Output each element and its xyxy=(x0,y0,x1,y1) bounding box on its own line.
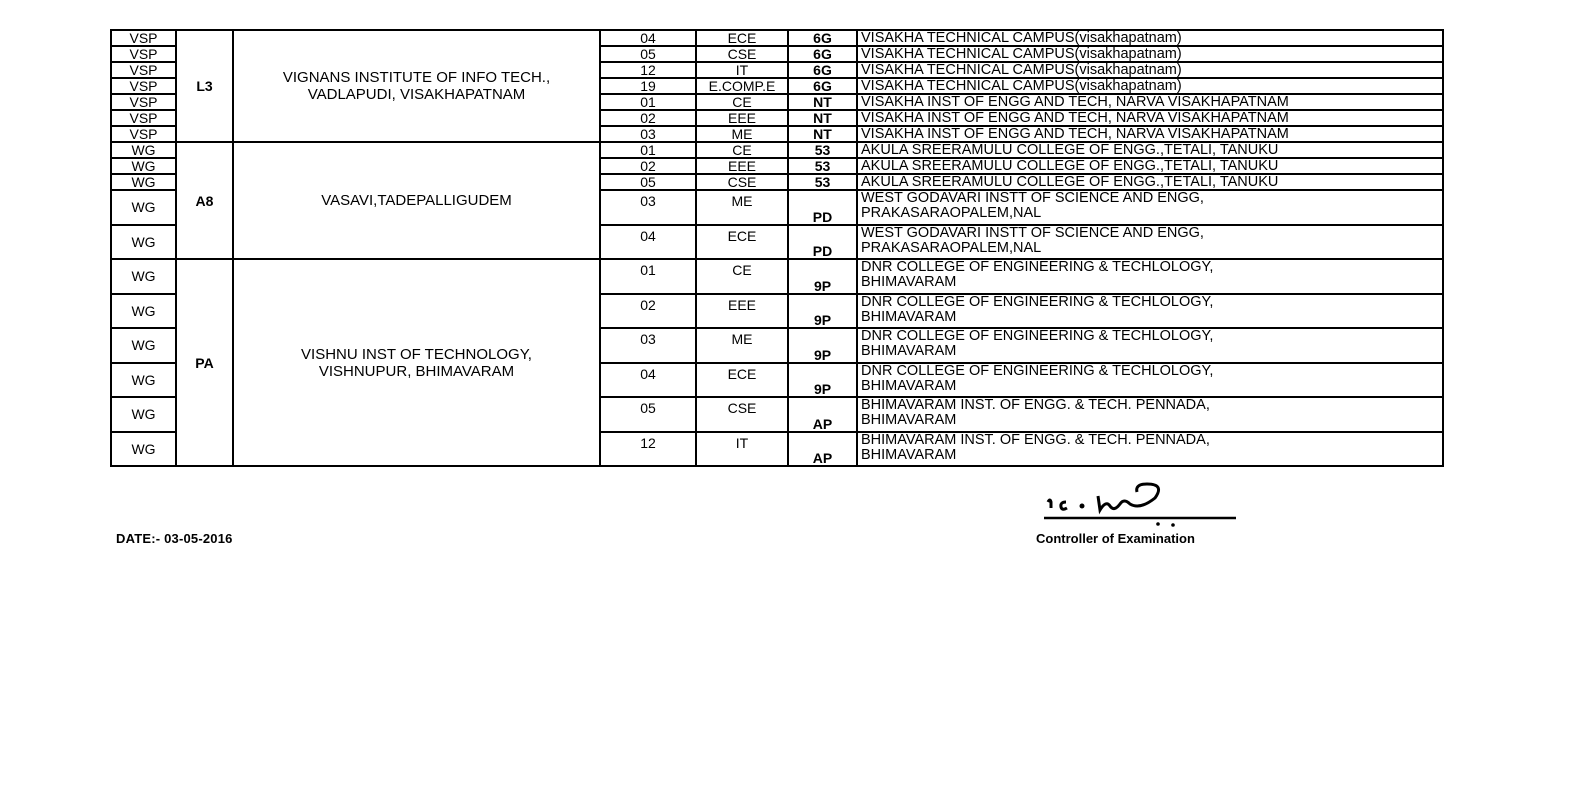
district-cell: VSP xyxy=(111,62,176,78)
college-code-cell: 6G xyxy=(788,62,857,78)
college-code-cell: 9P xyxy=(788,259,857,294)
district-cell: WG xyxy=(111,225,176,260)
college-code-cell: 9P xyxy=(788,363,857,398)
course-code-cell: 03 xyxy=(600,190,696,225)
course-code-cell: 04 xyxy=(600,363,696,398)
college-name-cell: VISAKHA INST OF ENGG AND TECH, NARVA VIS… xyxy=(857,126,1443,142)
institution-code-cell: A8 xyxy=(176,142,233,259)
college-name-line: VISAKHA TECHNICAL CAMPUS(visakhapatnam) xyxy=(861,63,1442,77)
course-code-cell: 04 xyxy=(600,30,696,46)
college-code-cell: NT xyxy=(788,126,857,142)
college-code-cell: 53 xyxy=(788,158,857,174)
signature-image xyxy=(1036,480,1266,530)
college-name-line: VISAKHA TECHNICAL CAMPUS(visakhapatnam) xyxy=(861,31,1442,45)
district-cell: WG xyxy=(111,158,176,174)
institution-name-line: VISHNU INST OF TECHNOLOGY, xyxy=(234,346,599,363)
branch-cell: CE xyxy=(696,142,788,158)
college-code-cell: 9P xyxy=(788,328,857,363)
college-name-cell: DNR COLLEGE OF ENGINEERING & TECHLOLOGY,… xyxy=(857,328,1443,363)
branch-cell: EEE xyxy=(696,110,788,126)
course-code-cell: 02 xyxy=(600,110,696,126)
institution-name-cell: VIGNANS INSTITUTE OF INFO TECH.,VADLAPUD… xyxy=(233,30,600,142)
branch-cell: CE xyxy=(696,259,788,294)
branch-cell: ME xyxy=(696,126,788,142)
branch-cell: CSE xyxy=(696,46,788,62)
course-code-cell: 01 xyxy=(600,142,696,158)
college-name-cell: VISAKHA INST OF ENGG AND TECH, NARVA VIS… xyxy=(857,94,1443,110)
district-cell: VSP xyxy=(111,94,176,110)
college-code-cell: PD xyxy=(788,190,857,225)
college-name-line: VISAKHA INST OF ENGG AND TECH, NARVA VIS… xyxy=(861,111,1442,125)
college-code-cell: PD xyxy=(788,225,857,260)
district-cell: WG xyxy=(111,190,176,225)
college-code-cell: 6G xyxy=(788,30,857,46)
branch-cell: ECE xyxy=(696,225,788,260)
institution-name-line: VISHNUPUR, BHIMAVARAM xyxy=(234,363,599,380)
table-row: WGPAVISHNU INST OF TECHNOLOGY,VISHNUPUR,… xyxy=(111,259,1443,294)
college-name-line: WEST GODAVARI INSTT OF SCIENCE AND ENGG, xyxy=(861,191,1442,206)
college-name-line: BHIMAVARAM xyxy=(861,379,1442,394)
district-cell: VSP xyxy=(111,30,176,46)
institution-name-cell: VASAVI,TADEPALLIGUDEM xyxy=(233,142,600,259)
college-name-line: AKULA SREERAMULU COLLEGE OF ENGG.,TETALI… xyxy=(861,143,1442,157)
college-name-cell: VISAKHA TECHNICAL CAMPUS(visakhapatnam) xyxy=(857,46,1443,62)
course-code-cell: 02 xyxy=(600,294,696,329)
institution-code-cell: PA xyxy=(176,259,233,466)
college-name-cell: VISAKHA TECHNICAL CAMPUS(visakhapatnam) xyxy=(857,62,1443,78)
college-name-line: BHIMAVARAM xyxy=(861,344,1442,359)
college-name-line: BHIMAVARAM INST. OF ENGG. & TECH. PENNAD… xyxy=(861,433,1442,448)
college-name-line: BHIMAVARAM xyxy=(861,448,1442,463)
college-code-cell: 53 xyxy=(788,142,857,158)
course-code-cell: 02 xyxy=(600,158,696,174)
district-cell: WG xyxy=(111,174,176,190)
branch-cell: IT xyxy=(696,62,788,78)
college-name-line: PRAKASARAOPALEM,NAL xyxy=(861,206,1442,221)
course-code-cell: 05 xyxy=(600,174,696,190)
course-code-cell: 04 xyxy=(600,225,696,260)
branch-cell: ME xyxy=(696,328,788,363)
allotment-table: VSPL3VIGNANS INSTITUTE OF INFO TECH.,VAD… xyxy=(110,29,1444,467)
college-name-line: DNR COLLEGE OF ENGINEERING & TECHLOLOGY, xyxy=(861,364,1442,379)
college-name-cell: VISAKHA TECHNICAL CAMPUS(visakhapatnam) xyxy=(857,78,1443,94)
college-name-line: WEST GODAVARI INSTT OF SCIENCE AND ENGG, xyxy=(861,226,1442,241)
college-name-cell: DNR COLLEGE OF ENGINEERING & TECHLOLOGY,… xyxy=(857,363,1443,398)
branch-cell: ECE xyxy=(696,30,788,46)
branch-cell: EEE xyxy=(696,158,788,174)
college-name-line: BHIMAVARAM xyxy=(861,413,1442,428)
course-code-cell: 01 xyxy=(600,94,696,110)
college-name-line: VISAKHA TECHNICAL CAMPUS(visakhapatnam) xyxy=(861,79,1442,93)
college-code-cell: AP xyxy=(788,397,857,432)
district-cell: WG xyxy=(111,294,176,329)
college-code-cell: 6G xyxy=(788,46,857,62)
college-name-cell: BHIMAVARAM INST. OF ENGG. & TECH. PENNAD… xyxy=(857,432,1443,467)
college-code-cell: NT xyxy=(788,110,857,126)
district-cell: WG xyxy=(111,432,176,467)
college-name-cell: VISAKHA INST OF ENGG AND TECH, NARVA VIS… xyxy=(857,110,1443,126)
college-name-cell: AKULA SREERAMULU COLLEGE OF ENGG.,TETALI… xyxy=(857,142,1443,158)
institution-code-cell: L3 xyxy=(176,30,233,142)
college-name-line: VISAKHA INST OF ENGG AND TECH, NARVA VIS… xyxy=(861,95,1442,109)
college-name-cell: BHIMAVARAM INST. OF ENGG. & TECH. PENNAD… xyxy=(857,397,1443,432)
table-row: VSPL3VIGNANS INSTITUTE OF INFO TECH.,VAD… xyxy=(111,30,1443,46)
branch-cell: ME xyxy=(696,190,788,225)
district-cell: WG xyxy=(111,142,176,158)
course-code-cell: 12 xyxy=(600,62,696,78)
district-cell: WG xyxy=(111,397,176,432)
institution-name-line: VASAVI,TADEPALLIGUDEM xyxy=(234,192,599,209)
college-name-cell: DNR COLLEGE OF ENGINEERING & TECHLOLOGY,… xyxy=(857,259,1443,294)
college-code-cell: 9P xyxy=(788,294,857,329)
district-cell: WG xyxy=(111,259,176,294)
table-row: WGA8VASAVI,TADEPALLIGUDEM01CE53AKULA SRE… xyxy=(111,142,1443,158)
college-code-cell: NT xyxy=(788,94,857,110)
college-name-cell: WEST GODAVARI INSTT OF SCIENCE AND ENGG,… xyxy=(857,190,1443,225)
branch-cell: CE xyxy=(696,94,788,110)
college-name-line: AKULA SREERAMULU COLLEGE OF ENGG.,TETALI… xyxy=(861,159,1442,173)
course-code-cell: 03 xyxy=(600,328,696,363)
branch-cell: E.COMP.E xyxy=(696,78,788,94)
branch-cell: IT xyxy=(696,432,788,467)
college-name-cell: AKULA SREERAMULU COLLEGE OF ENGG.,TETALI… xyxy=(857,174,1443,190)
district-cell: VSP xyxy=(111,46,176,62)
institution-name-cell: VISHNU INST OF TECHNOLOGY,VISHNUPUR, BHI… xyxy=(233,259,600,466)
institution-name-line: VIGNANS INSTITUTE OF INFO TECH., xyxy=(234,69,599,86)
district-cell: WG xyxy=(111,363,176,398)
college-code-cell: 6G xyxy=(788,78,857,94)
branch-cell: EEE xyxy=(696,294,788,329)
course-code-cell: 05 xyxy=(600,397,696,432)
branch-cell: ECE xyxy=(696,363,788,398)
college-name-line: PRAKASARAOPALEM,NAL xyxy=(861,241,1442,256)
college-name-line: DNR COLLEGE OF ENGINEERING & TECHLOLOGY, xyxy=(861,295,1442,310)
college-name-line: DNR COLLEGE OF ENGINEERING & TECHLOLOGY, xyxy=(861,260,1442,275)
college-name-line: BHIMAVARAM xyxy=(861,310,1442,325)
college-name-line: VISAKHA INST OF ENGG AND TECH, NARVA VIS… xyxy=(861,127,1442,141)
district-cell: VSP xyxy=(111,78,176,94)
course-code-cell: 19 xyxy=(600,78,696,94)
college-name-cell: DNR COLLEGE OF ENGINEERING & TECHLOLOGY,… xyxy=(857,294,1443,329)
controller-label: Controller of Examination xyxy=(1036,531,1195,546)
college-name-line: VISAKHA TECHNICAL CAMPUS(visakhapatnam) xyxy=(861,47,1442,61)
district-cell: VSP xyxy=(111,110,176,126)
branch-cell: CSE xyxy=(696,397,788,432)
course-code-cell: 03 xyxy=(600,126,696,142)
district-cell: VSP xyxy=(111,126,176,142)
branch-cell: CSE xyxy=(696,174,788,190)
college-name-cell: WEST GODAVARI INSTT OF SCIENCE AND ENGG,… xyxy=(857,225,1443,260)
college-name-line: BHIMAVARAM xyxy=(861,275,1442,290)
college-name-line: BHIMAVARAM INST. OF ENGG. & TECH. PENNAD… xyxy=(861,398,1442,413)
course-code-cell: 12 xyxy=(600,432,696,467)
college-name-cell: VISAKHA TECHNICAL CAMPUS(visakhapatnam) xyxy=(857,30,1443,46)
college-name-line: DNR COLLEGE OF ENGINEERING & TECHLOLOGY, xyxy=(861,329,1442,344)
course-code-cell: 05 xyxy=(600,46,696,62)
college-code-cell: 53 xyxy=(788,174,857,190)
institution-name-line: VADLAPUDI, VISAKHAPATNAM xyxy=(234,86,599,103)
district-cell: WG xyxy=(111,328,176,363)
course-code-cell: 01 xyxy=(600,259,696,294)
college-name-cell: AKULA SREERAMULU COLLEGE OF ENGG.,TETALI… xyxy=(857,158,1443,174)
college-name-line: AKULA SREERAMULU COLLEGE OF ENGG.,TETALI… xyxy=(861,175,1442,189)
college-code-cell: AP xyxy=(788,432,857,467)
date-label: DATE:- 03-05-2016 xyxy=(116,531,233,546)
